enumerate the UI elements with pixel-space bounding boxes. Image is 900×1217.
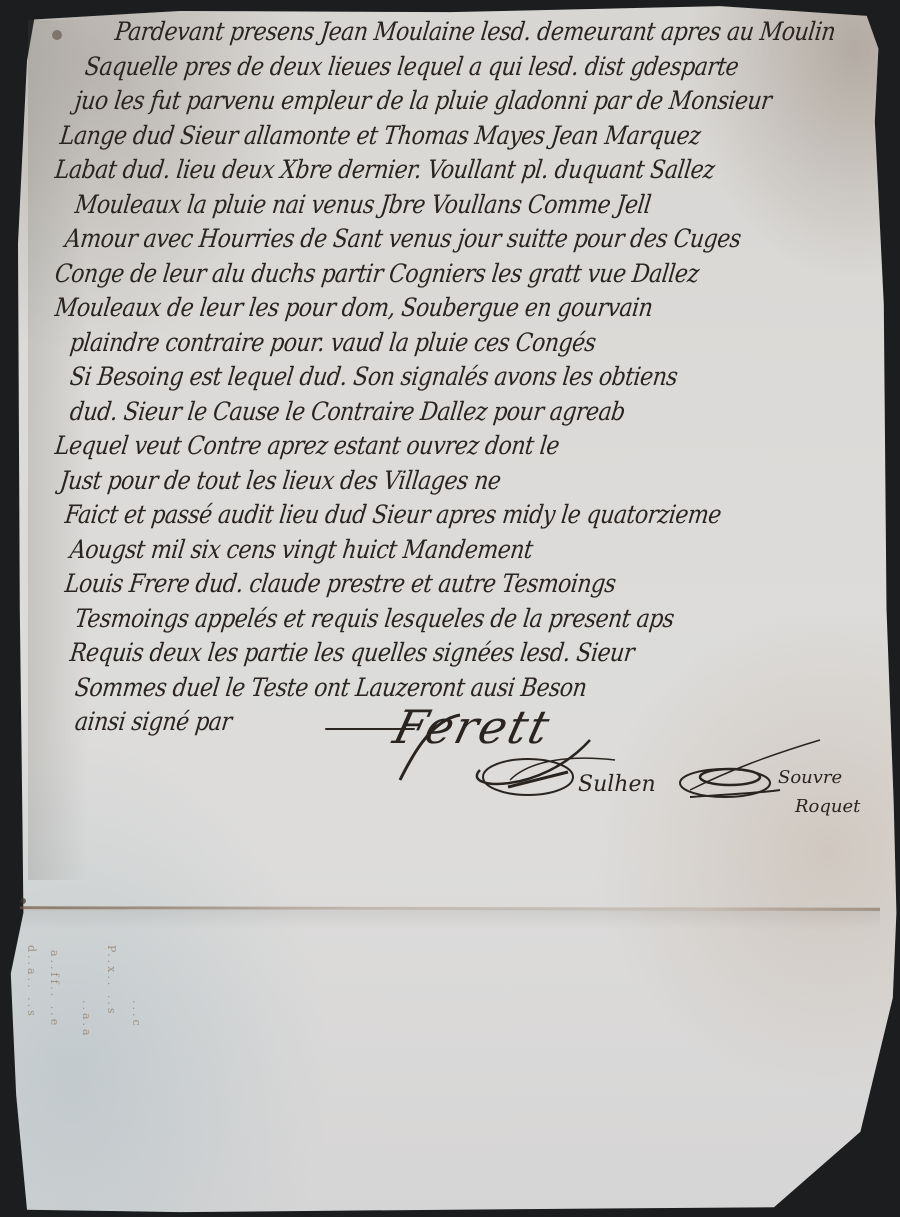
manuscript-line: Pardevant presens Jean Moulaine lesd. de… [55, 20, 875, 55]
signature-paraph [478, 752, 588, 802]
manuscript-line: Tesmoings appelés et requis lesqueles de… [55, 607, 875, 642]
line-text: Saquelle pres de deux lieues lequel a qu… [83, 53, 740, 82]
manuscript-line: Labat dud. lieu deux Xbre dernier. Voull… [55, 158, 875, 193]
manuscript-line: Louis Frere dud. claude prestre et autre… [55, 572, 875, 607]
manuscript-line: Faict et passé audit lieu dud Sieur apre… [55, 503, 875, 538]
faded-endorsement-text: P..x.. ..s [105, 945, 118, 1145]
line-text: Requis deux les partie les quelles signé… [68, 639, 635, 668]
line-text: Conge de leur alu duchs partir Cogniers … [53, 260, 700, 289]
line-text: Lange dud Sieur allamonte et Thomas Maye… [58, 122, 702, 151]
line-text: Mouleaux la pluie nai venus Jbre Voullan… [73, 191, 652, 220]
line-text: Louis Frere dud. claude prestre et autre… [63, 570, 617, 599]
faded-endorsement-text: a..ff.. ..e [48, 950, 61, 1210]
line-text: Tesmoings appelés et requis lesqueles de… [73, 605, 675, 634]
manuscript-line: Conge de leur alu duchs partir Cogniers … [55, 262, 875, 297]
line-text: juo les fut parvenu empleur de la pluie … [73, 87, 773, 116]
faded-endorsement-text: ..a.a [80, 1000, 93, 1150]
manuscript-line: Lequel veut Contre aprez estant ouvrez d… [55, 434, 875, 469]
line-text: Mouleaux de leur les pour dom, Soubergue… [53, 294, 654, 323]
manuscript-line: Just pour de tout les lieux des Villages… [55, 469, 875, 504]
manuscript-line: dud. Sieur le Cause le Contraire Dallez … [55, 400, 875, 435]
line-text: Amour avec Hourries de Sant venus jour s… [63, 225, 742, 254]
line-text: Labat dud. lieu deux Xbre dernier. Voull… [53, 156, 716, 185]
manuscript-line: Si Besoing est lequel dud. Son signalés … [55, 365, 875, 400]
line-text: dud. Sieur le Cause le Contraire Dallez … [68, 398, 626, 427]
witness-signature: Sulhen [578, 772, 656, 797]
line-text: Lequel veut Contre aprez estant ouvrez d… [53, 432, 560, 461]
line-text: Si Besoing est lequel dud. Son signalés … [68, 363, 679, 392]
line-text: Pardevant presens Jean Moulaine lesd. de… [113, 18, 837, 47]
manuscript-line: Mouleaux de leur les pour dom, Soubergue… [55, 296, 875, 331]
line-text: Sommes duel le Teste ont Lauzeront ausi … [73, 674, 588, 703]
paraph-signature-bottom: Roquet [795, 796, 860, 817]
line-text: plaindre contraire pour. vaud la pluie c… [68, 329, 597, 358]
paper-fold-shadow [20, 910, 880, 930]
manuscript-line: Lange dud Sieur allamonte et Thomas Maye… [55, 124, 875, 159]
manuscript-line: Aougst mil six cens vingt huict Mandemen… [55, 538, 875, 573]
line-text: ainsi signé par [73, 708, 233, 737]
ink-spot [20, 898, 26, 904]
line-text: Faict et passé audit lieu dud Sieur apre… [63, 501, 722, 530]
manuscript-line: Amour avec Hourries de Sant venus jour s… [55, 227, 875, 262]
faded-endorsement-text: d..a.. ..s [25, 945, 38, 1145]
manuscript-line: plaindre contraire pour. vaud la pluie c… [55, 331, 875, 366]
line-text: Just pour de tout les lieux des Villages… [58, 467, 502, 496]
faded-endorsement-text: ...c [130, 1000, 143, 1200]
manuscript-line: Mouleaux la pluie nai venus Jbre Voullan… [55, 193, 875, 228]
manuscript-line: juo les fut parvenu empleur de la pluie … [55, 89, 875, 124]
manuscript-line: Requis deux les partie les quelles signé… [55, 641, 875, 676]
document-page: Pardevant presens Jean Moulaine lesd. de… [0, 0, 900, 1217]
notary-signature: Ferett [388, 700, 556, 754]
manuscript-line: Saquelle pres de deux lieues lequel a qu… [55, 55, 875, 90]
paraph-signature-top: Souvre [778, 767, 842, 788]
line-text: Aougst mil six cens vingt huict Mandemen… [68, 536, 534, 565]
manuscript-body: Pardevant presens Jean Moulaine lesd. de… [55, 20, 875, 745]
